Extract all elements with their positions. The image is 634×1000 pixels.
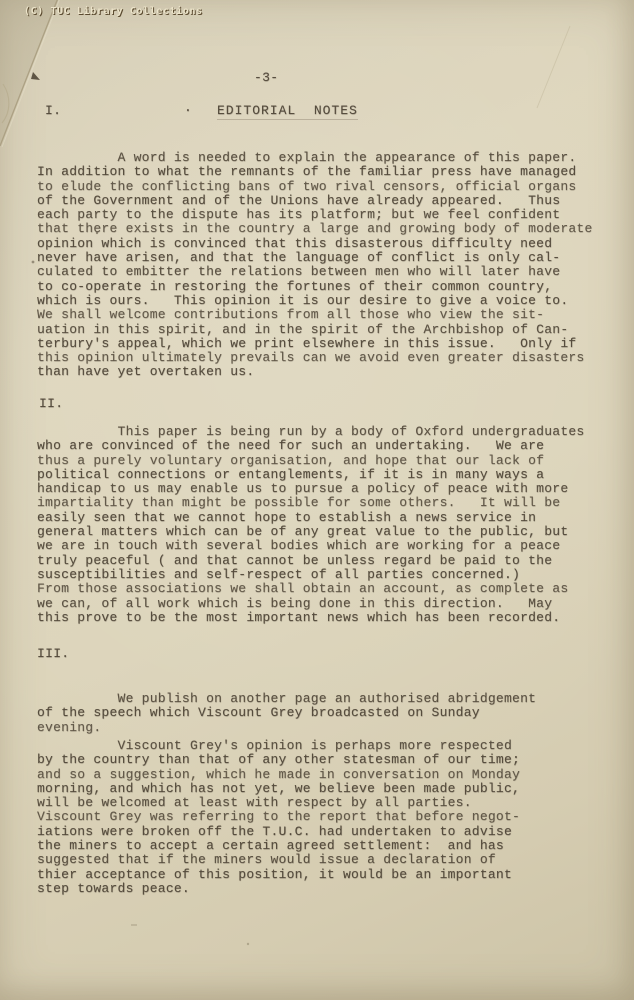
text-line: to co-operate in restoring the fortunes … <box>37 280 593 294</box>
text-line: will be welcomed at least with respect b… <box>37 796 520 810</box>
text-line: easily seen that we cannot hope to estab… <box>37 511 585 525</box>
page-number: -3- <box>254 70 278 85</box>
text-line: thus a purely voluntary organisation, an… <box>37 454 585 468</box>
paper-fold-corner <box>0 0 120 170</box>
text-line: truly peaceful ( and that cannot be unle… <box>37 554 585 568</box>
text-line: who are convinced of the need for such a… <box>37 439 585 453</box>
text-line: evening. <box>37 721 536 735</box>
text-line: We publish on another page an authorised… <box>37 692 536 706</box>
text-line: This paper is being run by a body of Oxf… <box>37 425 585 439</box>
text-line: than have yet overtaken us. <box>37 365 593 379</box>
text-line: culated to embitter the relations betwee… <box>37 265 593 279</box>
text-line: We shall welcome contributions from all … <box>37 308 593 322</box>
text-line: impartiality than might be possible for … <box>37 496 585 510</box>
text-line: political connections or entanglements, … <box>37 468 585 482</box>
page-title: EDITORIAL NOTES <box>217 103 358 120</box>
paragraph-editorial-1: A word is needed to explain the appearan… <box>37 151 593 380</box>
text-line: suggested that if the miners would issue… <box>37 853 520 867</box>
text-line: uation in this spirit, and in the spirit… <box>37 323 593 337</box>
text-line: the miners to accept a certain agreed se… <box>37 839 520 853</box>
text-line: A word is needed to explain the appearan… <box>37 151 593 165</box>
text-line: Viscount Grey's opinion is perhaps more … <box>37 739 520 753</box>
text-line: opinion which is convinced that this dis… <box>37 237 593 251</box>
text-line: handicap to us may enable us to pursue a… <box>37 482 585 496</box>
text-line: susceptibilities and self-respect of all… <box>37 568 585 582</box>
section-numeral-iii: III. <box>37 646 69 661</box>
heading-dot: . <box>184 100 192 115</box>
section-numeral-ii: II. <box>39 396 63 411</box>
text-line: Viscount Grey was referring to the repor… <box>37 810 520 824</box>
text-line: of the speech which Viscount Grey broadc… <box>37 706 536 720</box>
text-line: of the Government and of the Unions have… <box>37 194 593 208</box>
text-line: which is ours. This opinion it is our de… <box>37 294 593 308</box>
text-line: each party to the dispute has its platfo… <box>37 208 593 222</box>
text-line: step towards peace. <box>37 882 520 896</box>
scanned-document-page: (C) TUC Library Collections -3- I. . EDI… <box>0 0 634 1000</box>
text-line: to elude the conflicting bans of two riv… <box>37 180 593 194</box>
section-numeral-i: I. <box>45 103 61 118</box>
text-line: this opinion ultimately prevails can we … <box>37 351 593 365</box>
paragraph-editorial-3b: Viscount Grey's opinion is perhaps more … <box>37 739 520 896</box>
text-line: never have arisen, and that the language… <box>37 251 593 265</box>
text-line: morning, and which has not yet, we belie… <box>37 782 520 796</box>
text-line: general matters which can be of any grea… <box>37 525 585 539</box>
text-line: From those associations we shall obtain … <box>37 582 585 596</box>
library-watermark: (C) TUC Library Collections <box>24 6 203 17</box>
text-line: by the country than that of any other st… <box>37 753 520 767</box>
text-line: In addition to what the remnants of the … <box>37 165 593 179</box>
text-line: terbury's appeal, which we print elsewhe… <box>37 337 593 351</box>
paragraph-editorial-2: This paper is being run by a body of Oxf… <box>37 425 585 625</box>
text-line: iations were broken off the T.U.C. had u… <box>37 825 520 839</box>
text-line: that there exists in the country a large… <box>37 222 593 236</box>
text-line: and so a suggestion, which he made in co… <box>37 768 520 782</box>
text-line: we are in touch with several bodies whic… <box>37 539 585 553</box>
text-line: thier acceptance of this position, it wo… <box>37 868 520 882</box>
text-line: this prove to be the most important news… <box>37 611 585 625</box>
text-line: we can, of all work which is being done … <box>37 597 585 611</box>
paragraph-editorial-3a: We publish on another page an authorised… <box>37 692 536 735</box>
